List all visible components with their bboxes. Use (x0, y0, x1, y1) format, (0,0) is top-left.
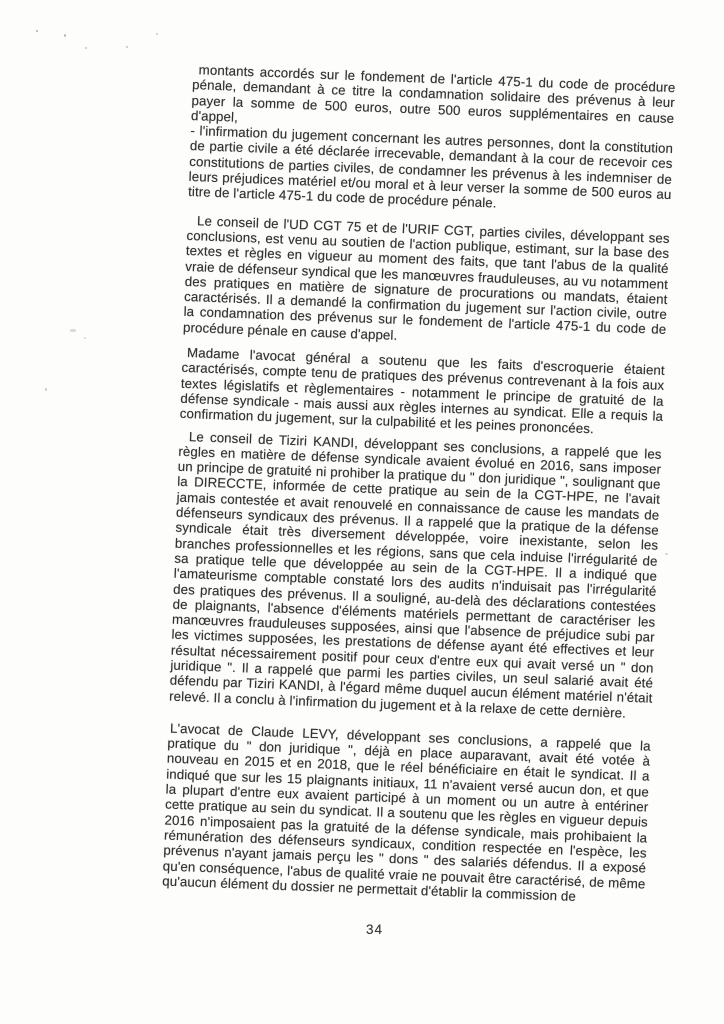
paragraph: Madame l'avocat général a soutenu que le… (180, 345, 666, 440)
scan-speck (36, 30, 38, 32)
scan-speck (665, 553, 668, 555)
scanned-page: montants accordés sur le fondement de l'… (0, 0, 724, 1024)
scan-speck (84, 337, 86, 339)
scan-speck (45, 388, 47, 391)
scan-speck (70, 329, 76, 332)
scan-speck (126, 46, 128, 48)
scan-speck (156, 33, 158, 35)
scan-speck (64, 34, 66, 37)
scan-speck (615, 887, 618, 889)
paragraph: L'avocat de Claude LEVY, développant ses… (162, 720, 651, 906)
page-number: 34 (366, 922, 383, 937)
paragraph: Le conseil de Tiziri KANDI, développant … (169, 428, 662, 721)
page-text: montants accordés sur le fondement de l'… (162, 62, 676, 907)
paragraph: Le conseil de l'UD CGT 75 et de l'URIF C… (183, 213, 670, 353)
scan-speck (85, 47, 87, 49)
